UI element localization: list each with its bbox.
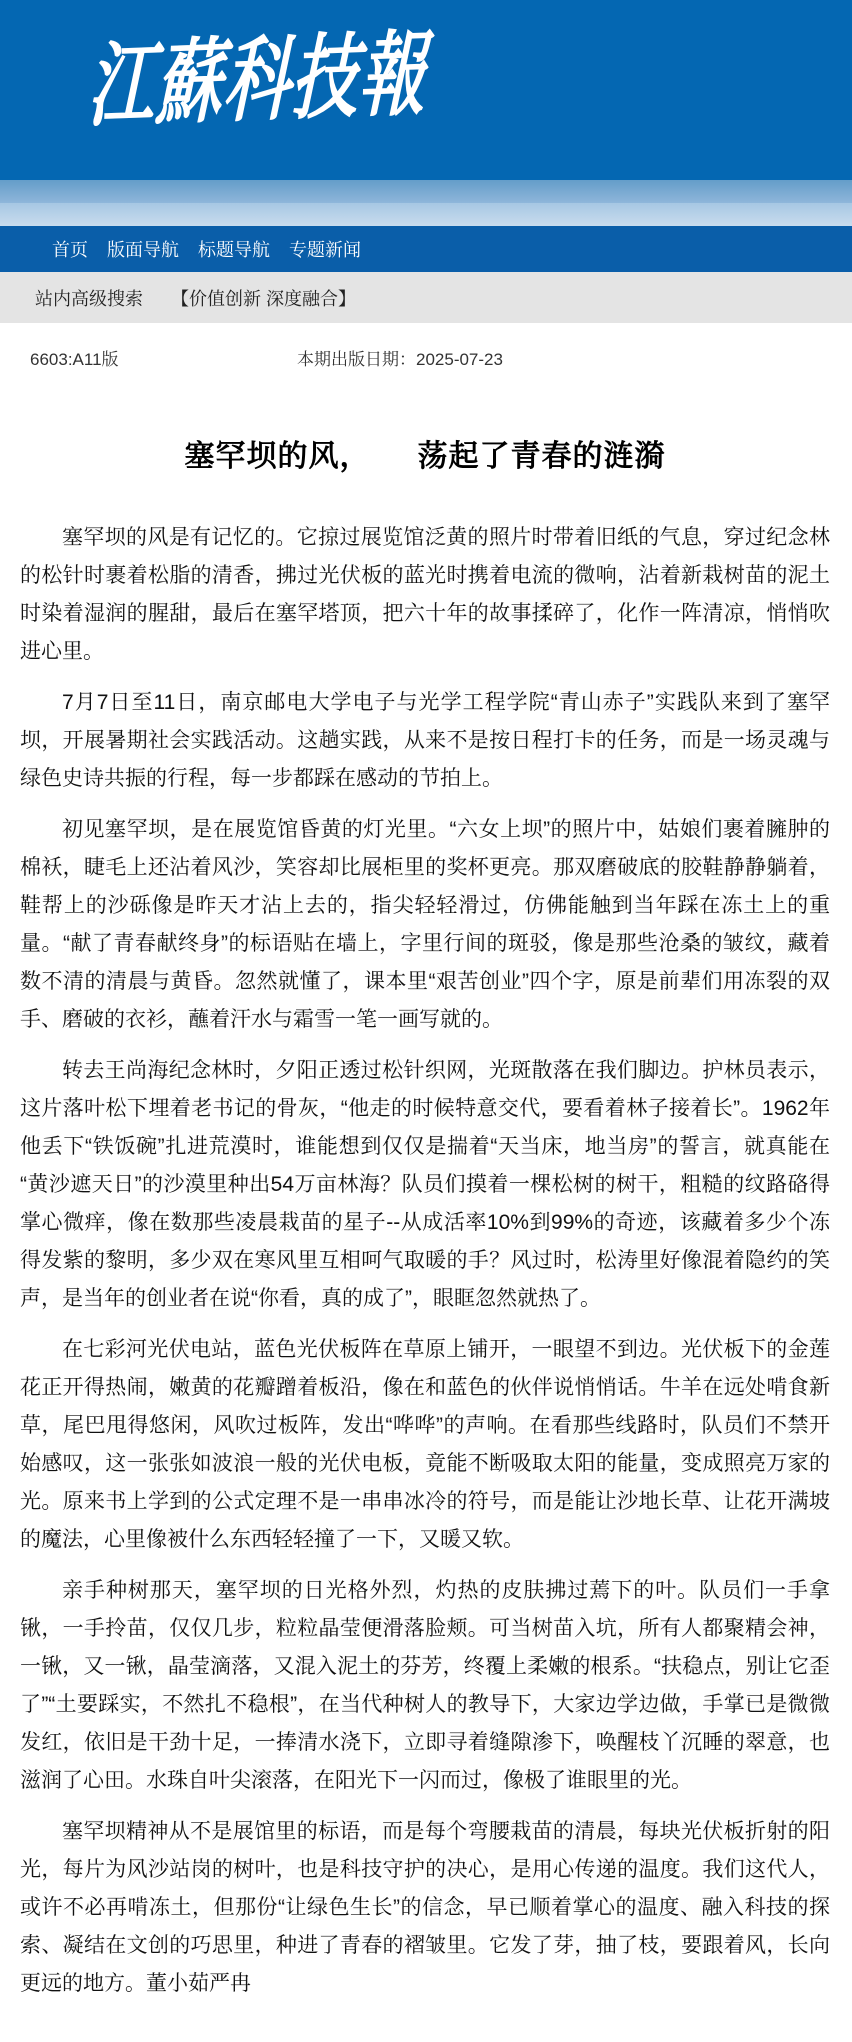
issue-info-bar: 6603:A11版 本期出版日期：2025-07-23 xyxy=(0,323,852,395)
article-paragraph: 初见塞罕坝，是在展览馆昏黄的灯光里。“六女上坝”的照片中，姑娘们裹着臃肿的棉袄，… xyxy=(20,811,830,1039)
nav-item[interactable]: 版面导航 xyxy=(107,236,179,262)
article-paragraph: 7月7日至11日，南京邮电大学电子与光学工程学院“青山赤子”实践队来到了塞罕坝，… xyxy=(20,684,830,798)
decorative-stripes xyxy=(0,180,852,226)
page-code: 6603:A11版 xyxy=(30,345,119,370)
article-paragraph: 在七彩河光伏电站，蓝色光伏板阵在草原上铺开，一眼望不到边。光伏板下的金莲花正开得… xyxy=(20,1331,830,1559)
newspaper-logo: 江蘇科技報 xyxy=(86,24,428,137)
article-paragraph: 塞罕坝的风是有记忆的。它掠过展览馆泛黄的照片时带着旧纸的气息，穿过纪念林的松针时… xyxy=(20,519,830,671)
page: 江蘇科技報 首页版面导航标题导航专题新闻 站内高级搜索 【价值创新 深度融合】 … xyxy=(0,0,852,2042)
stripe-top xyxy=(0,180,852,203)
article: 塞罕坝的风， 荡起了青春的涟漪 塞罕坝的风是有记忆的。它掠过展览馆泛黄的照片时带… xyxy=(0,431,852,2042)
nav-item[interactable]: 专题新闻 xyxy=(289,236,361,262)
advanced-search-link[interactable]: 站内高级搜索 xyxy=(35,285,143,311)
stripe-bottom xyxy=(0,203,852,226)
article-paragraph: 转去王尚海纪念林时，夕阳正透过松针织网，光斑散落在我们脚边。护林员表示，这片落叶… xyxy=(20,1052,830,1318)
masthead-banner: 江蘇科技報 xyxy=(0,0,852,180)
publish-date: 本期出版日期：2025-07-23 xyxy=(297,345,503,370)
article-paragraph: 塞罕坝精神从不是展馆里的标语，而是每个弯腰栽苗的清晨，每块光伏板折射的阳光，每片… xyxy=(20,1813,830,2003)
article-paragraph: 亲手种树那天，塞罕坝的日光格外烈，灼热的皮肤拂过蔫下的叶。队员们一手拿锹，一手拎… xyxy=(20,1572,830,1800)
slogan-text[interactable]: 【价值创新 深度融合】 xyxy=(171,285,356,311)
nav-item[interactable]: 标题导航 xyxy=(198,236,270,262)
main-nav: 首页版面导航标题导航专题新闻 xyxy=(0,226,852,272)
article-body: 塞罕坝的风是有记忆的。它掠过展览馆泛黄的照片时带着旧纸的气息，穿过纪念林的松针时… xyxy=(20,519,830,2003)
nav-item[interactable]: 首页 xyxy=(52,236,88,262)
article-title: 塞罕坝的风， 荡起了青春的涟漪 xyxy=(20,431,830,475)
sub-nav: 站内高级搜索 【价值创新 深度融合】 xyxy=(0,272,852,323)
